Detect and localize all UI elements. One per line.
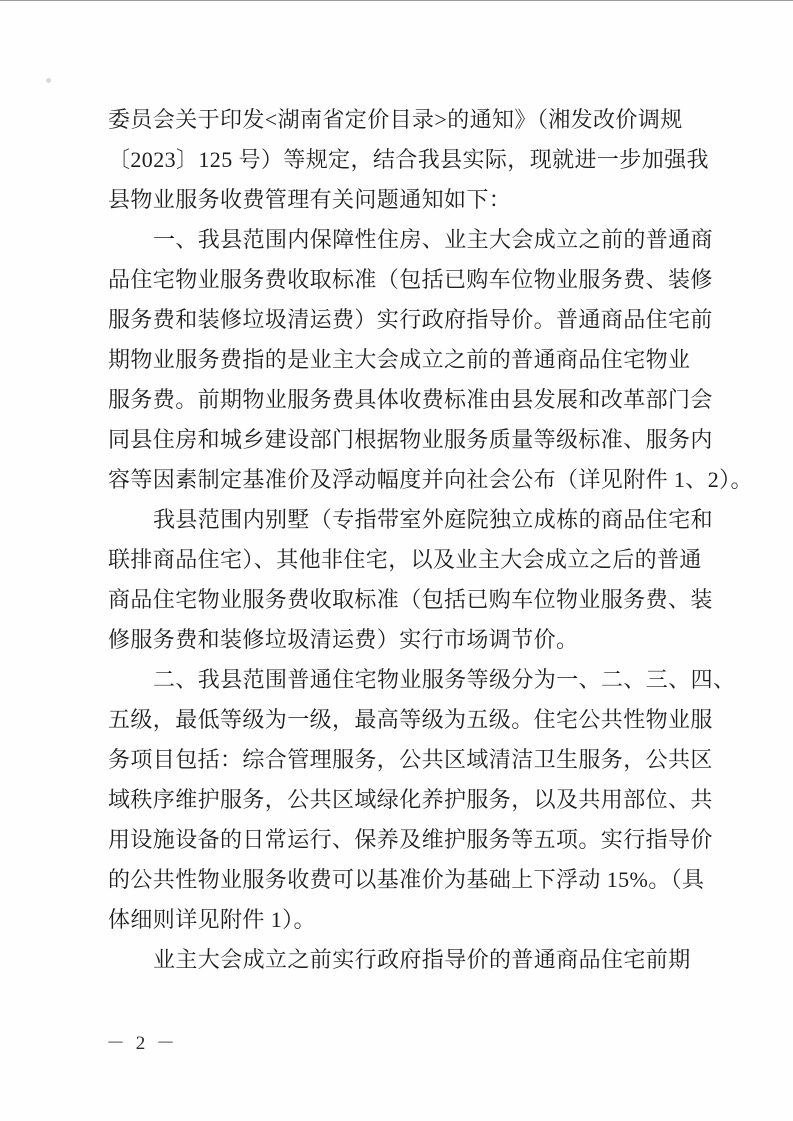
text-line: 服务费。前期物业服务费具体收费标准由县发展和改革部门会 [108, 380, 698, 420]
text-line: 品住宅物业服务费收取标准（包括已购车位物业服务费、装修 [108, 260, 698, 300]
text-line: 一、我县范围内保障性住房、业主大会成立之前的普通商 [108, 220, 698, 260]
text-block: 委员会关于印发<湖南省定价目录>的通知》（湘发改价调规〔2023〕125 号）等… [108, 100, 698, 980]
text-line: 同县住房和城乡建设部门根据物业服务质量等级标准、服务内 [108, 420, 698, 460]
text-line: 期物业服务费指的是业主大会成立之前的普通商品住宅物业 [108, 340, 698, 380]
text-line: 服务费和装修垃圾清运费）实行政府指导价。普通商品住宅前 [108, 300, 698, 340]
text-line: 〔2023〕125 号）等规定，结合我县实际，现就进一步加强我 [108, 140, 698, 180]
scan-speck-artifact [46, 78, 51, 83]
text-line: 委员会关于印发<湖南省定价目录>的通知》（湘发改价调规 [108, 100, 698, 140]
document-page: 委员会关于印发<湖南省定价目录>的通知》（湘发改价调规〔2023〕125 号）等… [0, 0, 793, 1121]
text-line: 商品住宅物业服务费收取标准（包括已购车位物业服务费、装 [108, 580, 698, 620]
text-line: 容等因素制定基准价及浮动幅度并向社会公布（详见附件 1、2）。 [108, 460, 698, 500]
text-line: 业主大会成立之前实行政府指导价的普通商品住宅前期 [108, 940, 698, 980]
text-line: 二、我县范围普通住宅物业服务等级分为一、二、三、四、 [108, 660, 698, 700]
text-line: 的公共性物业服务收费可以基准价为基础上下浮动 15%。（具 [108, 860, 698, 900]
text-line: 体细则详见附件 1）。 [108, 900, 698, 940]
scan-edge-artifact [0, 0, 793, 1]
text-line: 五级，最低等级为一级，最高等级为五级。住宅公共性物业服 [108, 700, 698, 740]
text-line: 我县范围内别墅（专指带室外庭院独立成栋的商品住宅和 [108, 500, 698, 540]
text-line: 域秩序维护服务，公共区域绿化养护服务，以及共用部位、共 [108, 780, 698, 820]
text-line: 务项目包括：综合管理服务，公共区域清洁卫生服务，公共区 [108, 740, 698, 780]
text-line: 联排商品住宅）、其他非住宅，以及业主大会成立之后的普通 [108, 540, 698, 580]
text-line: 用设施设备的日常运行、保养及维护服务等五项。实行指导价 [108, 820, 698, 860]
text-line: 修服务费和装修垃圾清运费）实行市场调节价。 [108, 620, 698, 660]
text-line: 县物业服务收费管理有关问题通知如下： [108, 180, 698, 220]
page-number: － 2 － [106, 1028, 178, 1055]
